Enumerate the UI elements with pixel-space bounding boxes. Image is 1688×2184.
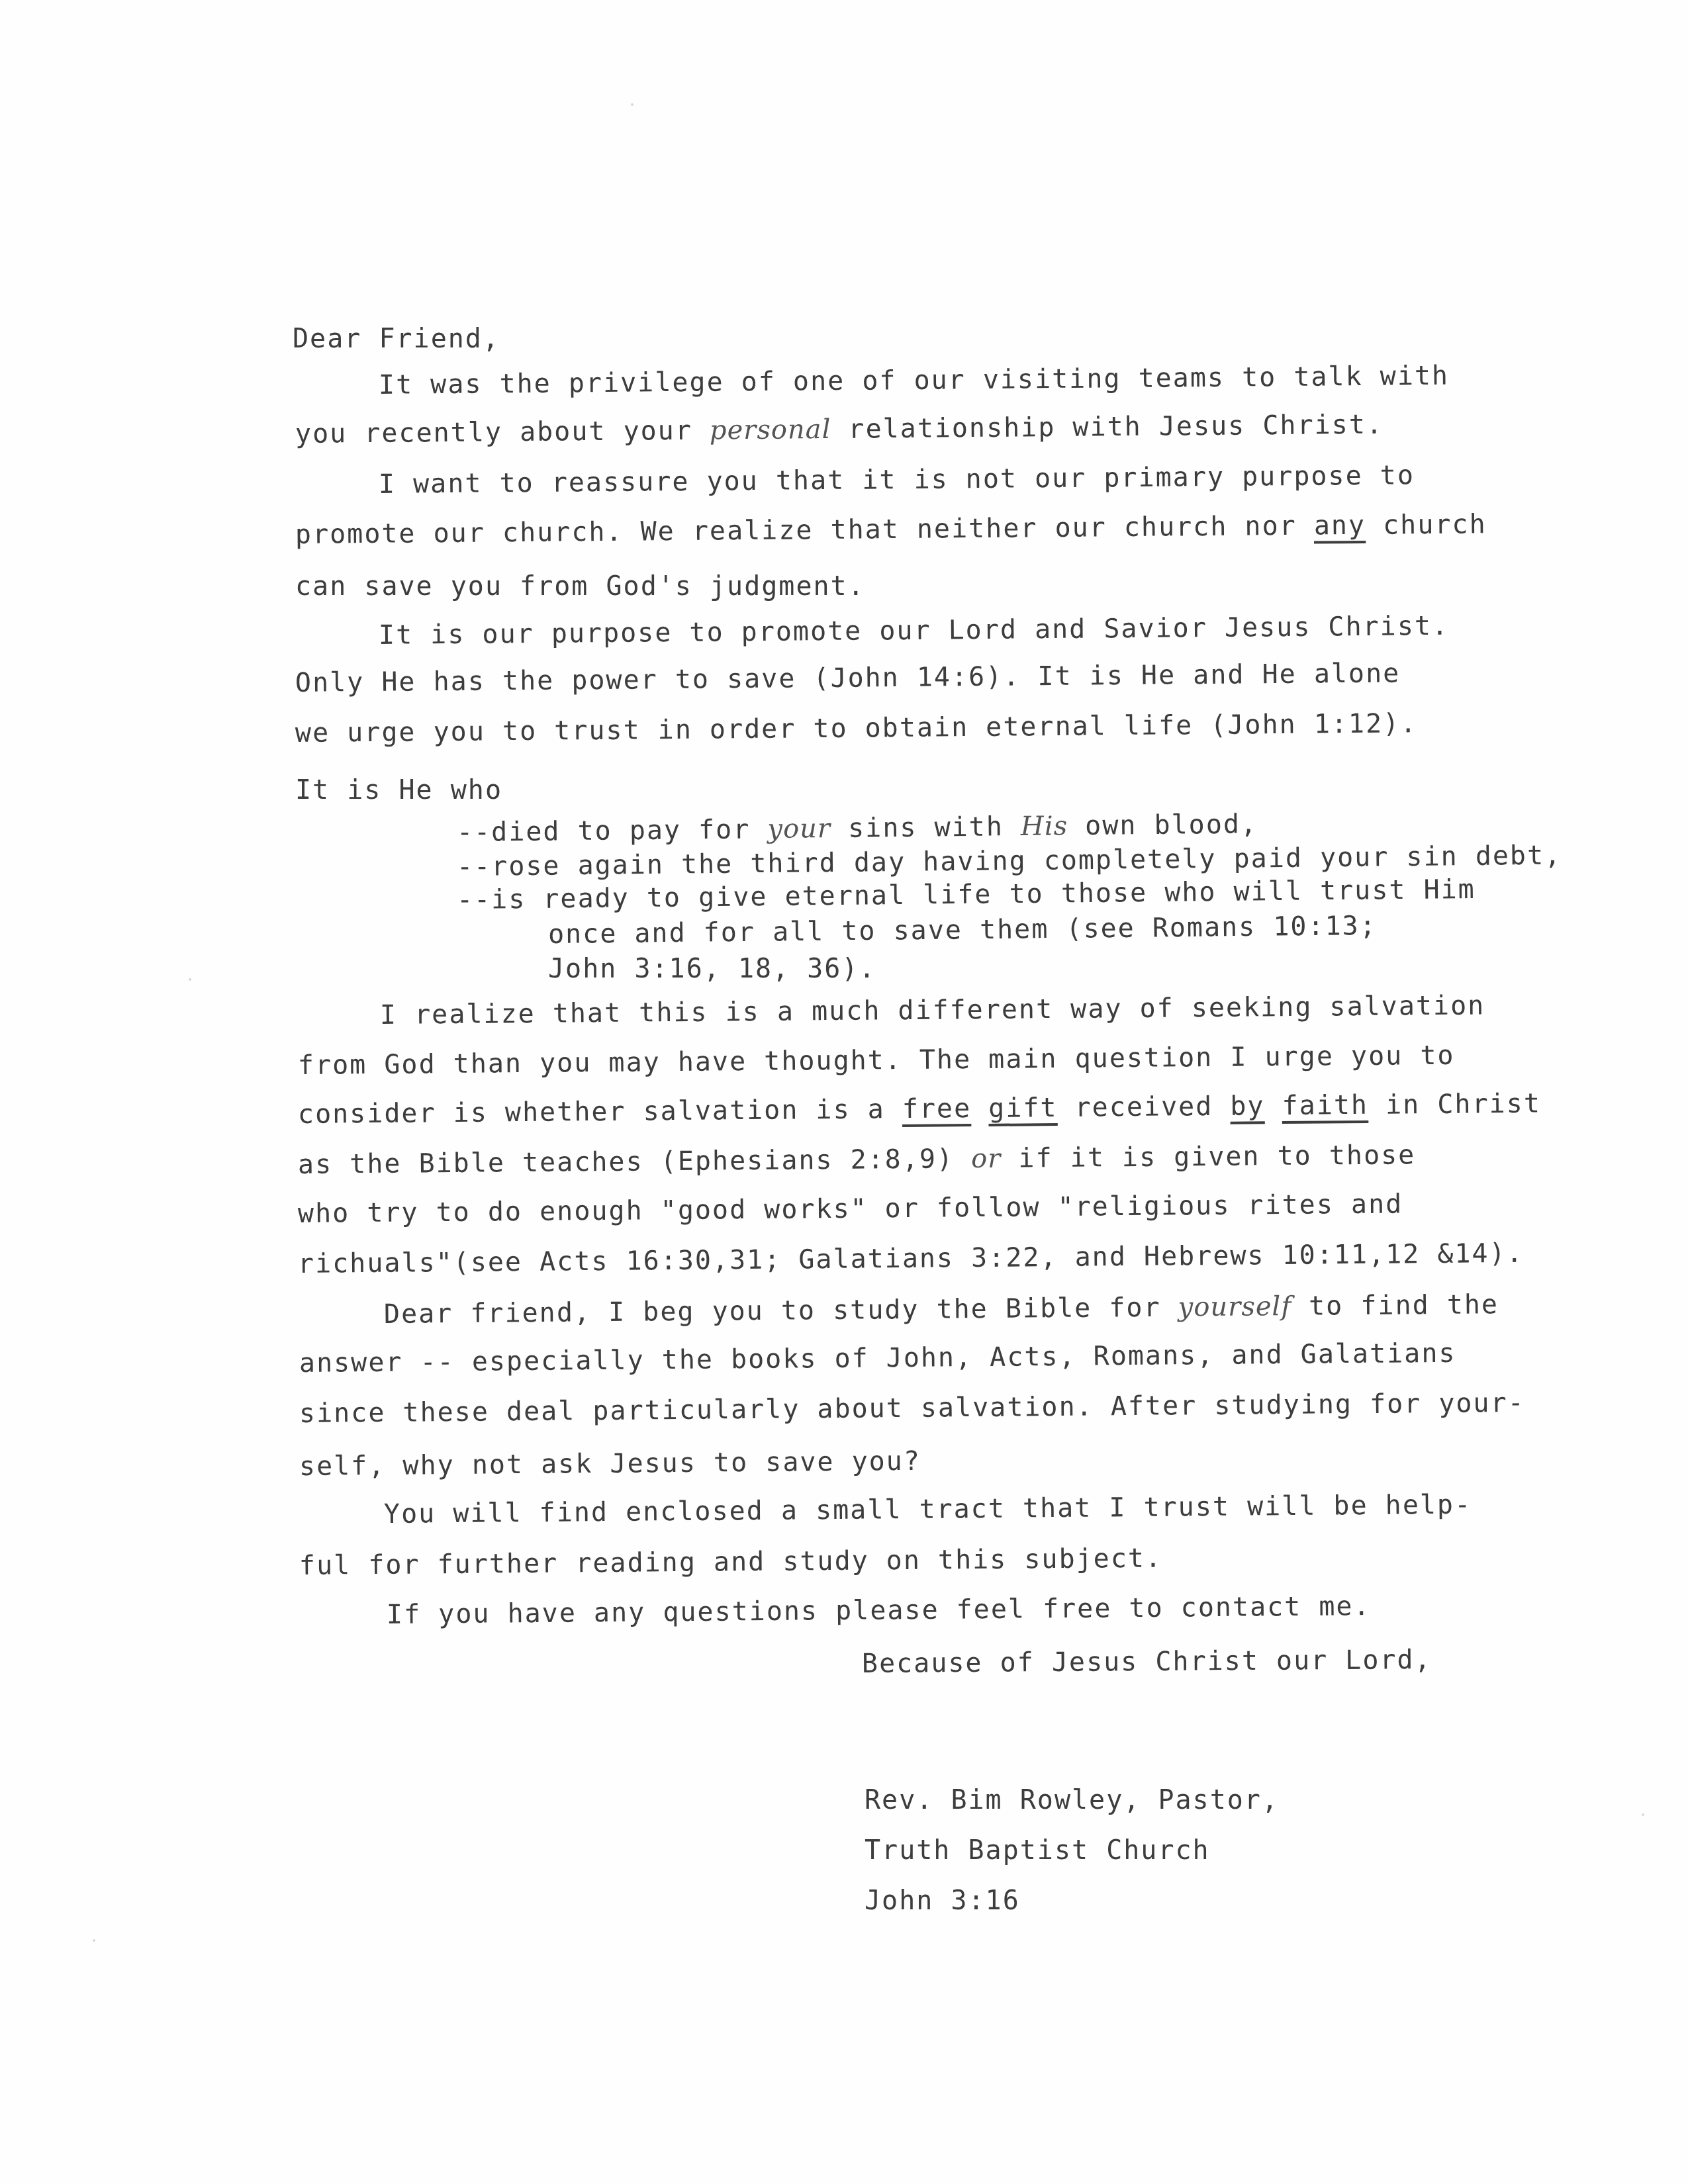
emphasis-or: or [971,1144,1002,1174]
paragraph-5-line-3: since these deal particularly about salv… [299,1390,1525,1427]
text-segment: relationship with Jesus Christ. [831,410,1383,445]
text-segment: own blood, [1068,809,1258,841]
emphasis-yourself: yourself [1178,1291,1292,1322]
paragraph-7-line-1: If you have any questions please feel fr… [387,1593,1371,1628]
text-segment: Dear friend, I beg you to study the Bibl… [384,1293,1178,1330]
paragraph-4-line-2: from God than you may have thought. The … [298,1042,1455,1079]
paragraph-6-line-2: ful for further reading and study on thi… [299,1545,1162,1579]
paragraph-4-line-6: richuals"(see Acts 16:30,31; Galatians 3… [298,1240,1524,1277]
signature-name: Rev. Bim Rowley, Pastor, [865,1787,1279,1813]
text-segment: church [1366,509,1487,541]
emphasis-his: His [1021,811,1068,842]
text-segment: in Christ [1368,1089,1541,1120]
underline-by: by [1230,1091,1265,1121]
underline-any: any [1314,510,1366,541]
paragraph-4-line-3: consider is whether salvation is a free … [298,1091,1541,1128]
paragraph-5-line-2: answer -- especially the books of John, … [299,1340,1456,1377]
underline-gift: gift [988,1093,1058,1124]
paragraph-4-line-1: I realize that this is a much different … [380,992,1485,1028]
underline-free: free [902,1093,972,1124]
list-item-3: --is ready to give eternal life to those… [457,876,1476,913]
text-segment: --died to pay for [457,814,768,848]
paragraph-3-line-1: It is our purpose to promote our Lord an… [379,613,1449,649]
list-item-1: --died to pay for your sins with His own… [457,811,1258,846]
text-segment: as the Bible teaches (Ephesians 2:8,9) [298,1144,972,1180]
underline-faith: faith [1282,1090,1368,1121]
emphasis-personal: personal [710,414,831,446]
paragraph-3-line-4: It is He who [295,777,502,803]
scan-speck [93,1939,95,1942]
paragraph-1-line-1: It was the privilege of one of our visit… [379,363,1449,398]
salutation: Dear Friend, [293,326,500,352]
paragraph-5-line-1: Dear friend, I beg you to study the Bibl… [384,1291,1499,1328]
signature-church: Truth Baptist Church [865,1837,1210,1864]
space [1264,1091,1282,1121]
paragraph-4-line-5: who try to do enough "good works" or fol… [298,1191,1403,1227]
list-item-3-continuation-2: John 3:16, 18, 36). [548,956,876,982]
text-segment: if it is given to those [1001,1140,1415,1173]
paragraph-2-line-2: promote our church. We realize that neit… [295,511,1487,548]
paragraph-5-line-4: self, why not ask Jesus to save you? [299,1448,921,1480]
text-segment: to find the [1291,1289,1499,1322]
letter-page: Dear Friend, It was the privilege of one… [0,0,1688,2184]
scan-speck [1642,1813,1644,1816]
paragraph-2-line-3: can save you from God's judgment. [295,573,865,600]
text-segment: consider is whether salvation is a [298,1094,902,1130]
paragraph-2-line-1: I want to reassure you that it is not ou… [379,462,1415,498]
text-segment: sins with [831,811,1021,844]
scan-speck [189,978,191,981]
space [971,1093,988,1124]
paragraph-6-line-1: You will find enclosed a small tract tha… [384,1492,1472,1527]
paragraph-1-line-2: you recently about your personal relatio… [295,412,1383,447]
emphasis-your: your [767,813,831,844]
list-item-3-continuation-1: once and for all to save them (see Roman… [548,913,1377,948]
text-segment: received [1057,1091,1230,1123]
paragraph-3-line-3: we urge you to trust in order to obtain … [295,710,1418,747]
scan-speck [631,103,633,106]
signature-verse: John 3:16 [865,1888,1020,1914]
paragraph-3-line-2: Only He has the power to save (John 14:6… [295,660,1401,696]
text-segment: you recently about your [295,416,710,449]
paragraph-4-line-4: as the Bible teaches (Ephesians 2:8,9) o… [298,1142,1416,1178]
text-segment: promote our church. We realize that neit… [295,511,1314,550]
closing: Because of Jesus Christ our Lord, [862,1647,1432,1677]
